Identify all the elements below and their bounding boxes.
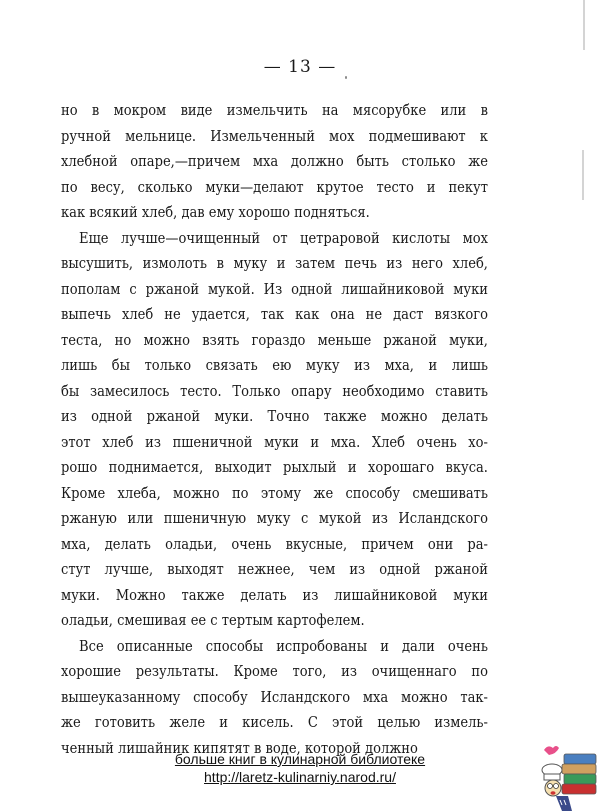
library-url-link[interactable]: http://laretz-kulinarniy.narod.ru/ <box>0 768 600 786</box>
text-line: хорошие результаты. Кроме того, из очище… <box>61 659 488 685</box>
text-line: Кроме хлеба, можно по этому же способу с… <box>61 481 488 507</box>
text-line: по весу, сколько муки—делают крутое тест… <box>61 175 488 201</box>
scan-edge-mark <box>582 150 584 200</box>
text-line: теста, но можно взять гораздо меньше ржа… <box>61 328 488 354</box>
text-line: но в мокром виде измельчить на мясорубке… <box>61 98 488 124</box>
page-number: — 13 — <box>0 57 600 77</box>
text-line: высушить, измолоть в муку и затем печь и… <box>61 251 488 277</box>
text-line: пополам с ржаной мукой. Из одной лишайни… <box>61 277 488 303</box>
library-footer: больше книг в кулинарной библиотеке http… <box>0 750 600 786</box>
text-line: лишь бы только связать ею муку из мха, и… <box>61 353 488 379</box>
scan-edge-mark <box>583 0 585 50</box>
text-line: ручной мельнице. Измельченный мох подмеш… <box>61 124 488 150</box>
text-line: Еще лучше—очищенный от цетраровой кислот… <box>61 226 488 252</box>
text-line: стут лучше, выходят нежнее, чем из одной… <box>61 557 488 583</box>
text-line: из одной ржаной муки. Точно также можно … <box>61 404 488 430</box>
paragraph: но в мокром виде измельчить на мясорубке… <box>61 98 489 226</box>
text-line: же готовить желе и кисель. С этой целью … <box>61 710 488 736</box>
text-line: выпечь хлеб не удается, так как она не д… <box>61 302 488 328</box>
chef-carrying-books-icon <box>540 740 600 811</box>
text-line: хлебной опаре,—причем мха должно быть ст… <box>61 149 488 175</box>
text-line: оладьи, смешивая ее с тертым картофелем. <box>61 608 488 634</box>
library-link[interactable]: больше книг в кулинарной библиотеке <box>0 750 600 768</box>
scan-speck <box>345 76 347 79</box>
paragraph: Все описанные способы испробованы и дали… <box>61 634 489 762</box>
text-line: рошо поднимается, выходит рыхлый и хорош… <box>61 455 488 481</box>
text-line: этот хлеб из пшеничной муки и мха. Хлеб … <box>61 430 488 456</box>
body-text: но в мокром виде измельчить на мясорубке… <box>61 98 489 761</box>
paragraph: Еще лучше—очищенный от цетраровой кислот… <box>61 226 489 634</box>
text-line: как всякий хлеб, дав ему хорошо поднятьс… <box>61 200 488 226</box>
text-line: ржаную или пшеничную муку с мукой из Исл… <box>61 506 488 532</box>
text-line: бы замесилось тесто. Только опару необхо… <box>61 379 488 405</box>
text-line: мха, делать оладьи, очень вкусные, приче… <box>61 532 488 558</box>
text-line: вышеуказанному способу Исландского мха м… <box>61 685 488 711</box>
text-line: муки. Можно также делать из лишайниковой… <box>61 583 488 609</box>
text-line: Все описанные способы испробованы и дали… <box>61 634 488 660</box>
